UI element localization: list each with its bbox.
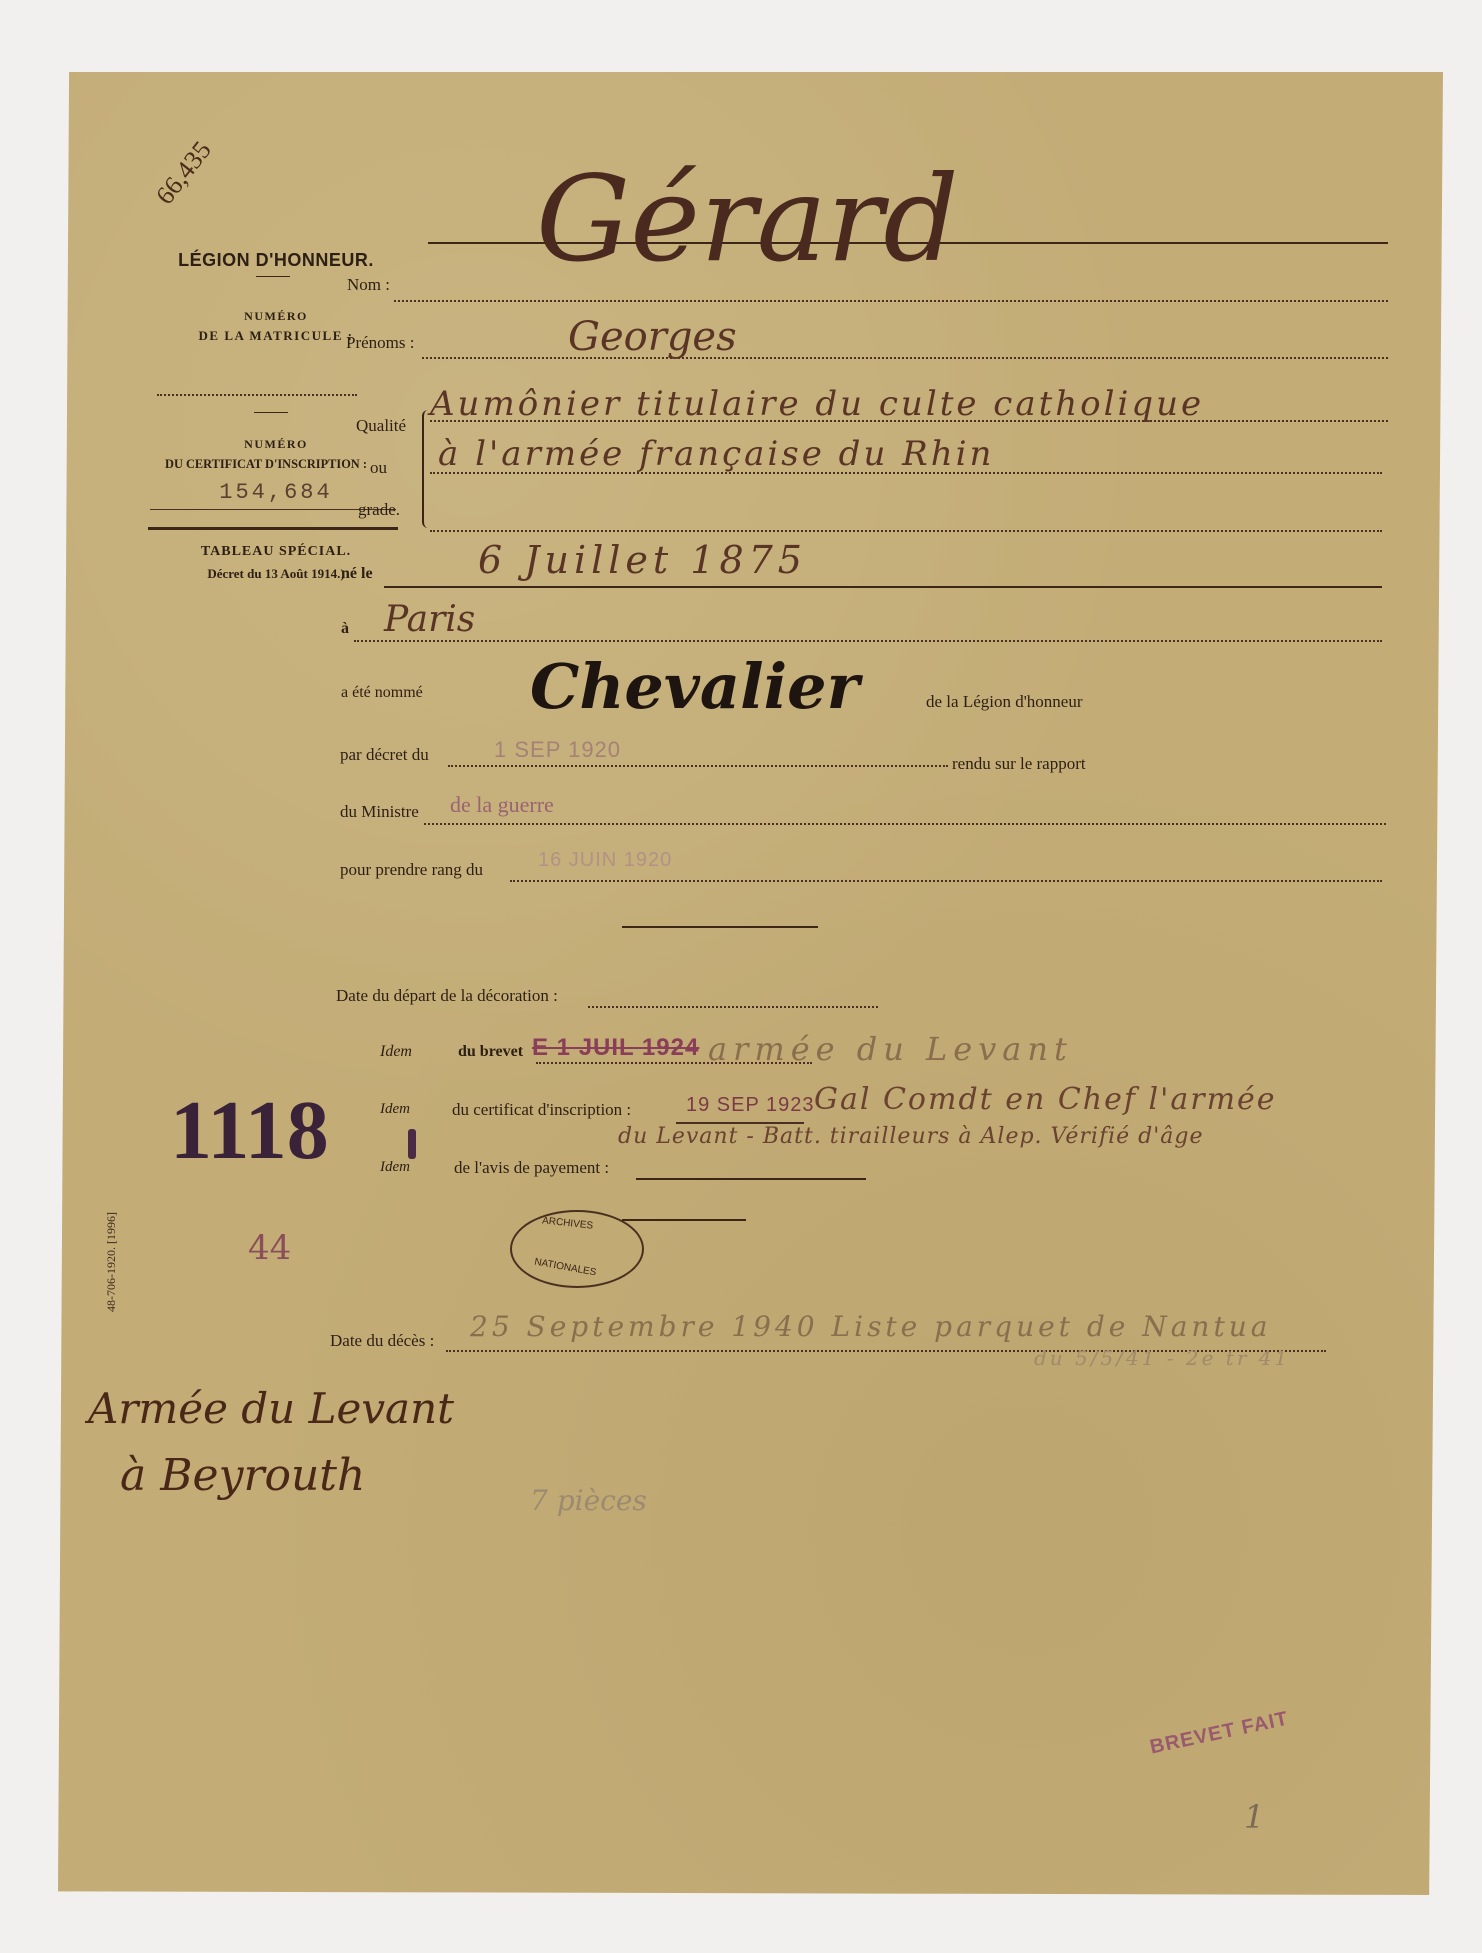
pieces-note: 7 pièces: [530, 1484, 647, 1517]
brevet-label: du brevet: [458, 1043, 523, 1061]
deces-label: Date du décès :: [330, 1331, 434, 1351]
margin-note-army: Armée du Levant: [88, 1384, 454, 1433]
matricule-label-1: NUMÉRO: [156, 309, 396, 324]
rapport-label: rendu sur le rapport: [952, 754, 1086, 774]
certificat-stamp: 19 SEP 1923: [686, 1094, 815, 1117]
ink-mark: [408, 1129, 416, 1159]
prenoms-label: Prénoms :: [346, 333, 414, 353]
lieu-value: Paris: [384, 599, 475, 640]
divider: [256, 276, 290, 277]
prenoms-field-line: [422, 357, 1388, 359]
seal-bottom-text: NATIONALES: [534, 1257, 598, 1279]
depart-label: Date du départ de la décoration :: [336, 986, 558, 1006]
matricule-field-line: [157, 394, 357, 396]
grade-title: Chevalier: [530, 650, 859, 723]
ne-le-field-line: [384, 586, 1382, 588]
rang-field-line: [510, 880, 1382, 882]
side-mark: 44: [248, 1228, 291, 1268]
qualite-line-3-rule: [430, 530, 1382, 532]
divider: [254, 412, 288, 413]
ministre-field-line: [424, 823, 1386, 825]
lieu-field-line: [354, 640, 1382, 642]
document-sheet: 66,435 LÉGION D'HONNEUR. NUMÉRO DE LA MA…: [58, 72, 1443, 1895]
brevet-stamp: E 1 JUIL 1924: [532, 1034, 699, 1062]
rang-label: pour prendre rang du: [340, 860, 483, 880]
lieu-label: à: [341, 620, 349, 638]
certificat-note-1: Gal Comdt en Chef l'armée: [814, 1082, 1277, 1117]
archive-number: 66,435: [150, 136, 218, 211]
ornamental-rule: [148, 527, 398, 530]
qualite-label-3: grade.: [358, 500, 400, 520]
deces-note: du 5/5/41 - 2e tr 41: [1034, 1346, 1290, 1370]
section-divider: [622, 926, 818, 928]
seal-top-text: ARCHIVES: [542, 1215, 594, 1231]
certificat-label-1: NUMÉRO: [156, 437, 396, 452]
brevet-note: armée du Levant: [708, 1030, 1073, 1068]
nomme-label: a été nommé: [341, 684, 423, 702]
idem-payement: Idem: [380, 1159, 410, 1176]
depart-field-line: [588, 1006, 878, 1008]
payement-field-line: [636, 1178, 866, 1180]
tableau-label: TABLEAU SPÉCIAL.: [156, 544, 396, 560]
rang-stamp: 16 JUIN 1920: [538, 849, 672, 872]
qualite-value-line-1: Aumônier titulaire du culte catholique: [430, 384, 1204, 424]
legion-label: de la Légion d'honneur: [926, 692, 1083, 712]
qualite-label-2: ou: [370, 458, 387, 478]
registry-number-stamp: 1118: [170, 1082, 329, 1179]
margin-note-city: à Beyrouth: [120, 1450, 365, 1501]
decret-label: par décret du: [340, 745, 429, 765]
idem-brevet: Idem: [380, 1043, 412, 1061]
side-print: 48-706-1920. [1996]: [104, 1212, 119, 1312]
seal-divider: [622, 1219, 746, 1221]
nom-field-line: [394, 300, 1388, 302]
certificat-note-2: du Levant - Batt. tirailleurs à Alep. Vé…: [618, 1124, 1204, 1149]
qualite-value-line-2: à l'armée française du Rhin: [438, 434, 994, 474]
prenoms-value: Georges: [568, 314, 737, 360]
nom-value: Gérard: [536, 150, 959, 288]
page-number: 1: [1244, 1798, 1264, 1836]
legion-title: LÉGION D'HONNEUR.: [156, 250, 396, 271]
deces-value: 25 Septembre 1940 Liste parquet de Nantu…: [470, 1310, 1271, 1343]
decret-stamp: 1 SEP 1920: [494, 737, 621, 763]
payement-label: de l'avis de payement :: [454, 1158, 609, 1178]
certificat-label: du certificat d'inscription :: [452, 1100, 631, 1120]
qualite-brace: [422, 410, 430, 528]
idem-certificat: Idem: [380, 1101, 410, 1118]
ne-le-value: 6 Juillet 1875: [478, 538, 807, 582]
qualite-label-1: Qualité: [356, 416, 406, 436]
brevet-fait-stamp: BREVET FAIT: [1148, 1708, 1291, 1760]
archives-seal: ARCHIVES NATIONALES: [510, 1210, 644, 1288]
decret-field-line: [448, 765, 948, 767]
nom-label: Nom :: [347, 275, 390, 295]
ne-le-label: né le: [341, 565, 373, 583]
ministre-stamp: de la guerre: [450, 792, 554, 818]
ministre-label: du Ministre: [340, 802, 419, 822]
